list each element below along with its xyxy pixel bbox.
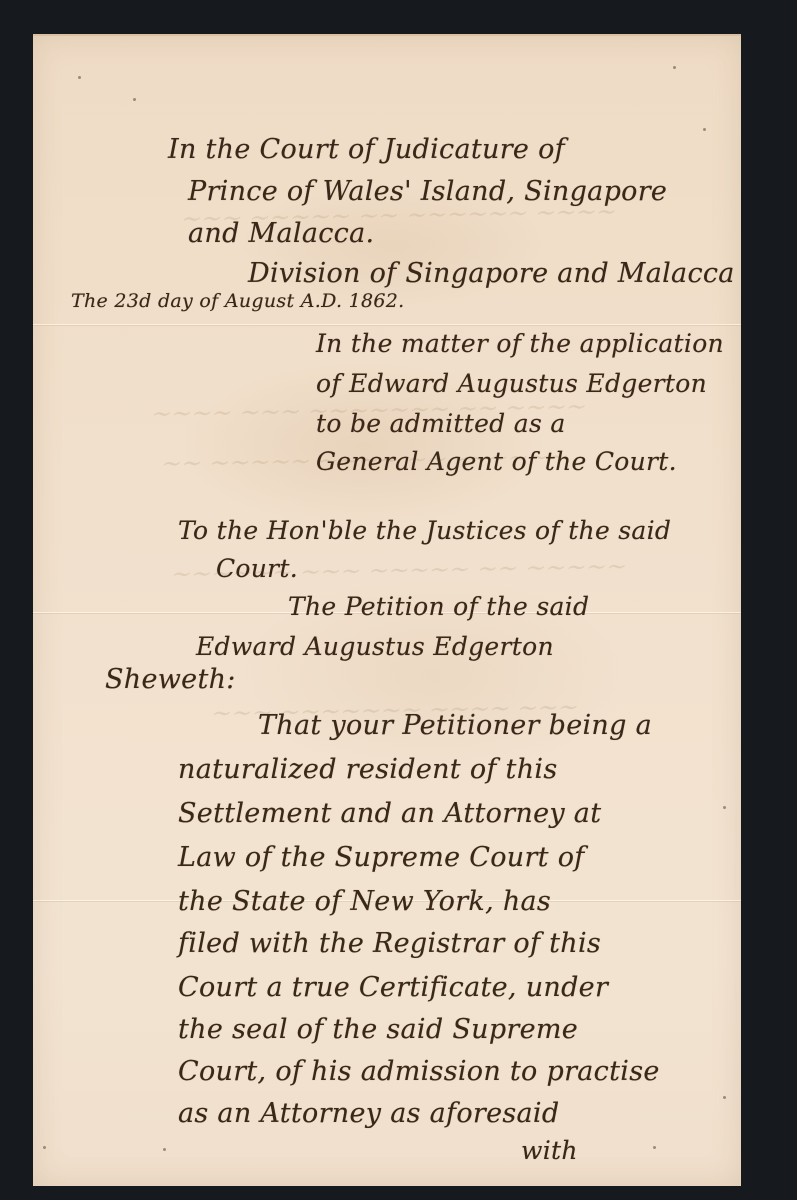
sheweth-line: Sheweth: bbox=[105, 664, 236, 695]
heading-line-1: In the Court of Judicature of bbox=[168, 134, 565, 165]
paper-speck bbox=[723, 1096, 726, 1099]
body-line-5: the State of New York, has bbox=[178, 886, 551, 917]
matter-line-1: In the matter of the application bbox=[316, 329, 724, 358]
heading-line-2: Prince of Wales' Island, Singapore bbox=[188, 176, 667, 207]
paper-speck bbox=[133, 98, 136, 101]
paper-speck bbox=[163, 1148, 166, 1151]
paper-speck bbox=[43, 1146, 46, 1149]
body-line-3: Settlement and an Attorney at bbox=[178, 798, 601, 829]
address-line-2: Court. bbox=[216, 554, 298, 583]
matter-line-3: to be admitted as a bbox=[316, 409, 566, 438]
address-line-1: To the Hon'ble the Justices of the said bbox=[178, 516, 671, 545]
paper-speck bbox=[78, 76, 81, 79]
body-line-6: filed with the Registrar of this bbox=[178, 928, 601, 959]
date-line: The 23d day of August A.D. 1862. bbox=[71, 290, 405, 312]
petition-intro-line-1: The Petition of the said bbox=[288, 592, 589, 621]
body-line-9: Court, of his admission to practise bbox=[178, 1056, 660, 1087]
heading-line-3: and Malacca. bbox=[188, 218, 374, 249]
matter-line-4: General Agent of the Court. bbox=[316, 447, 677, 476]
body-line-2: naturalized resident of this bbox=[178, 754, 558, 785]
division-line: Division of Singapore and Malacca bbox=[248, 258, 735, 289]
body-line-8: the seal of the said Supreme bbox=[178, 1014, 578, 1045]
fold-line bbox=[33, 324, 741, 325]
matter-line-2: of Edward Augustus Edgerton bbox=[316, 369, 707, 398]
document-page: ~~~ ~~~~~ ~~ ~~~~~~ ~~~~ ~~~~ ~~~ ~~~~~~… bbox=[33, 34, 741, 1186]
paper-speck bbox=[673, 66, 676, 69]
body-line-1: That your Petitioner being a bbox=[258, 710, 652, 741]
paper-speck bbox=[703, 128, 706, 131]
paper-speck bbox=[723, 806, 726, 809]
petition-intro-line-2: Edward Augustus Edgerton bbox=[196, 632, 554, 661]
catchword: with bbox=[521, 1136, 578, 1165]
body-line-7: Court a true Certificate, under bbox=[178, 972, 608, 1003]
paper-speck bbox=[653, 1146, 656, 1149]
body-line-10: as an Attorney as aforesaid bbox=[178, 1098, 559, 1129]
body-line-4: Law of the Supreme Court of bbox=[178, 842, 585, 873]
